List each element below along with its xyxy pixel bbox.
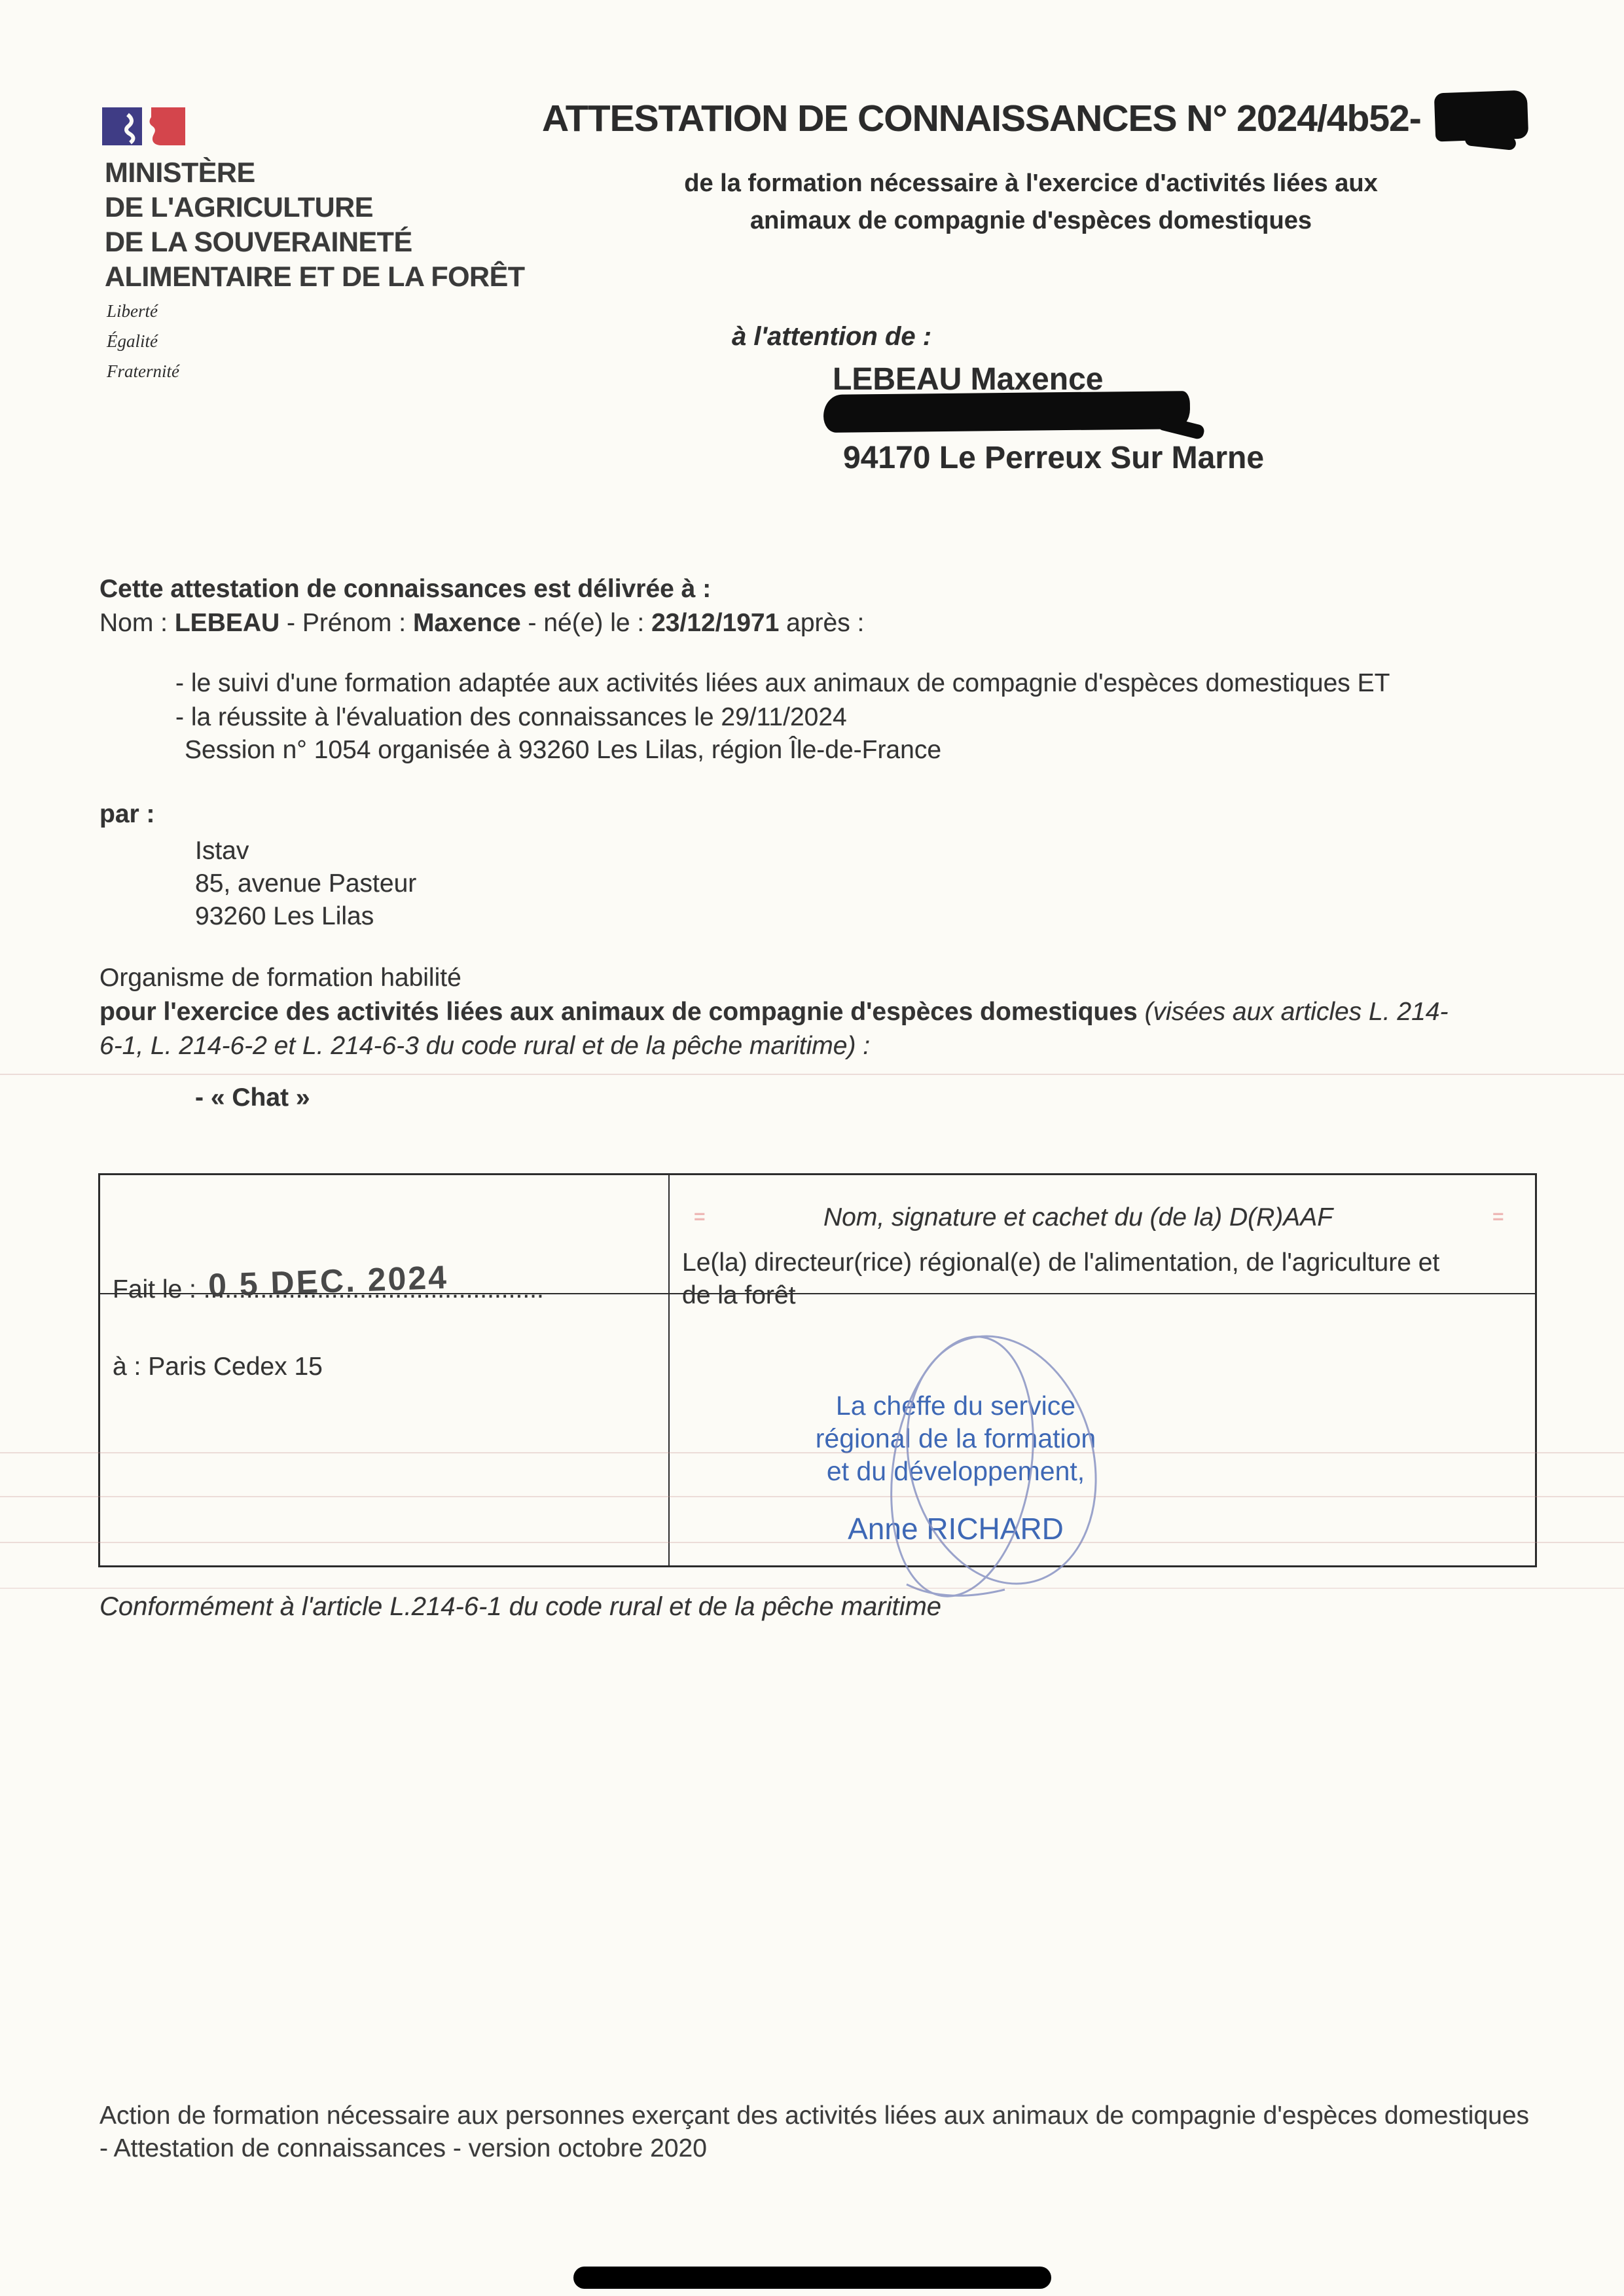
training-bullet-1: - le suivi d'une formation adaptée aux a… bbox=[175, 669, 1390, 698]
delivered-heading: Cette attestation de connaissances est d… bbox=[99, 575, 711, 604]
place-line: à : Paris Cedex 15 bbox=[113, 1353, 323, 1381]
motto-line: Égalité bbox=[107, 326, 179, 356]
fait-le-label: Fait le : bbox=[113, 1275, 204, 1303]
footer-line: Action de formation nécessaire aux perso… bbox=[99, 2100, 1529, 2132]
recipient-city: 94170 Le Perreux Sur Marne bbox=[843, 440, 1264, 476]
identity-birth-label: - né(e) le : bbox=[521, 609, 651, 637]
ministry-name: MINISTÈRE DE L'AGRICULTURE DE LA SOUVERA… bbox=[105, 156, 525, 295]
attention-label: à l'attention de : bbox=[732, 322, 931, 352]
habilite-line: Organisme de formation habilité bbox=[99, 964, 461, 993]
exercice-line-1: pour l'exercice des activités liées aux … bbox=[99, 998, 1448, 1027]
identity-name-label: Nom : bbox=[99, 609, 175, 637]
identity-name-value: LEBEAU bbox=[175, 609, 280, 637]
identity-firstname-label: - Prénom : bbox=[280, 609, 413, 637]
legal-reference: Conformément à l'article L.214-6-1 du co… bbox=[99, 1592, 941, 1622]
scan-line bbox=[0, 1074, 1624, 1075]
exercice-articles-ref-1: (visées aux articles L. 214- bbox=[1138, 998, 1449, 1026]
scan-line bbox=[0, 1496, 1624, 1497]
scanned-certificate-page: { "logo": { "ministry": ["MINISTÈRE", "D… bbox=[0, 0, 1624, 2296]
organisme-street: 85, avenue Pasteur bbox=[195, 869, 416, 898]
subtitle-line: animaux de compagnie d'espèces domestiqu… bbox=[645, 202, 1417, 240]
handwritten-signature bbox=[828, 1322, 1155, 1611]
footer-note: Action de formation nécessaire aux perso… bbox=[99, 2100, 1529, 2165]
motto-line: Fraternité bbox=[107, 356, 179, 386]
identity-birthdate-value: 23/12/1971 bbox=[651, 609, 779, 637]
identity-suffix: après : bbox=[779, 609, 864, 637]
session-line: Session n° 1054 organisée à 93260 Les Li… bbox=[185, 736, 941, 765]
footer-line: - Attestation de connaissances - version… bbox=[99, 2132, 1529, 2165]
director-title: Le(la) directeur(rice) régional(e) de l'… bbox=[682, 1247, 1439, 1312]
organisme-city: 93260 Les Lilas bbox=[195, 902, 374, 931]
organisme-name: Istav bbox=[195, 837, 249, 866]
training-bullet-2: - la réussite à l'évaluation des connais… bbox=[175, 703, 847, 732]
table-column-divider bbox=[668, 1175, 670, 1565]
director-title-line: de la forêt bbox=[682, 1279, 1439, 1312]
table-header-right: Nom, signature et cachet du (de la) D(R)… bbox=[823, 1203, 1333, 1232]
ministry-line: DE LA SOUVERAINETÉ bbox=[105, 225, 525, 260]
ministry-line: DE L'AGRICULTURE bbox=[105, 191, 525, 225]
identity-line: Nom : LEBEAU - Prénom : Maxence - né(e) … bbox=[99, 609, 864, 638]
scan-line bbox=[0, 1542, 1624, 1543]
scan-artifact-mark: = bbox=[694, 1206, 704, 1228]
species-category: - « Chat » bbox=[195, 1084, 310, 1112]
motto-line: Liberté bbox=[107, 296, 179, 326]
exercice-line-2: 6-1, L. 214-6-2 et L. 214-6-3 du code ru… bbox=[99, 1032, 870, 1061]
redaction-street-address bbox=[823, 391, 1191, 433]
ministry-line: ALIMENTAIRE ET DE LA FORÊT bbox=[105, 260, 525, 295]
exercice-bold-text: pour l'exercice des activités liées aux … bbox=[99, 998, 1138, 1026]
republic-motto: Liberté Égalité Fraternité bbox=[107, 296, 179, 386]
par-label: par : bbox=[99, 800, 155, 829]
identity-firstname-value: Maxence bbox=[413, 609, 521, 637]
scan-artifact-mark: = bbox=[1492, 1206, 1503, 1228]
document-title: ATTESTATION DE CONNAISSANCES N° 2024/4b5… bbox=[542, 97, 1421, 140]
director-title-line: Le(la) directeur(rice) régional(e) de l'… bbox=[682, 1247, 1439, 1279]
subtitle-line: de la formation nécessaire à l'exercice … bbox=[645, 165, 1417, 202]
bottom-black-bar bbox=[573, 2267, 1051, 2289]
ministry-line: MINISTÈRE bbox=[105, 156, 525, 191]
document-subtitle: de la formation nécessaire à l'exercice … bbox=[645, 165, 1417, 240]
french-flag-logo-icon bbox=[101, 103, 193, 149]
scan-line bbox=[0, 1452, 1624, 1453]
scan-line bbox=[0, 1588, 1624, 1589]
